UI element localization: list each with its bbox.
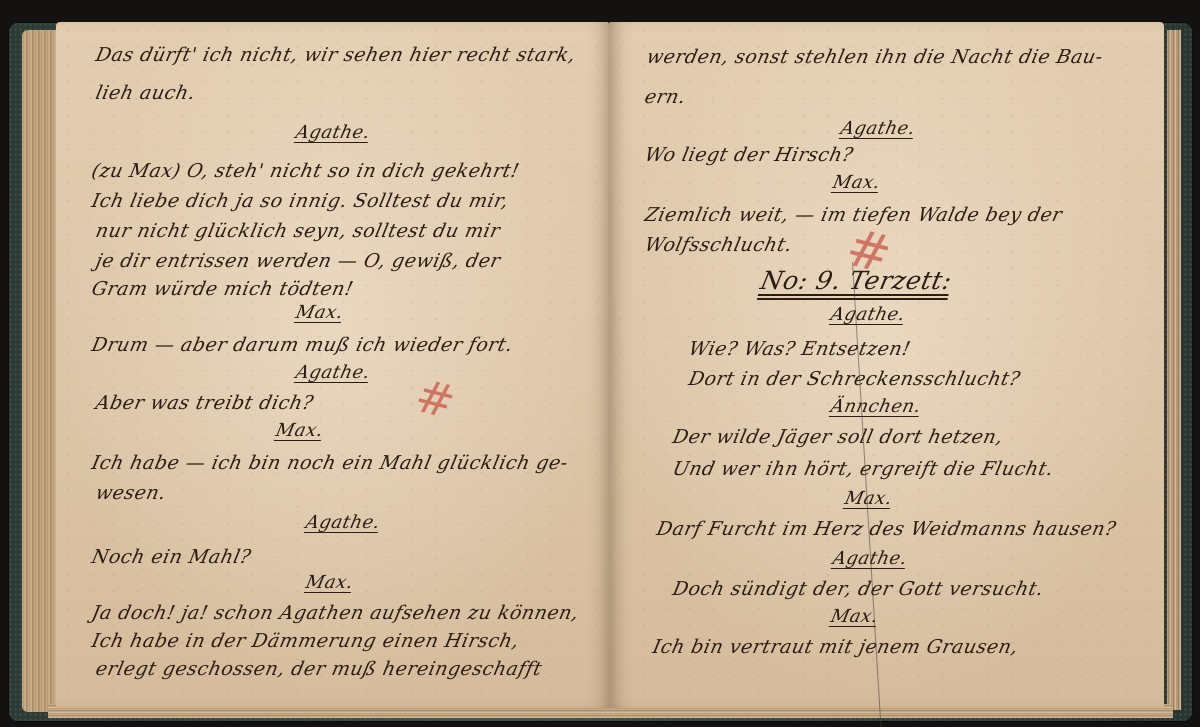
left-page-text: Das dürft' ich nicht, wir sehen hier rec…: [56, 22, 609, 708]
text-line: Ich habe — ich bin noch ein Mahl glückli…: [90, 452, 571, 474]
speaker-label: Max.: [294, 302, 346, 323]
text-line: Gram würde mich tödten!: [90, 278, 356, 300]
text-line: Doch sündigt der, der Gott versucht.: [671, 578, 1046, 600]
text-line: werden, sonst stehlen ihn die Nacht die …: [645, 46, 1105, 68]
speaker-label: Agathe.: [829, 304, 907, 325]
text-line: Der wilde Jäger soll dort hetzen,: [671, 426, 1006, 448]
text-line: Ich bin vertraut mit jenem Grausen,: [651, 636, 1021, 658]
text-line: Und wer ihn hört, ergreift die Flucht.: [671, 458, 1056, 480]
text-line: ern.: [643, 86, 688, 108]
right-page-text: werden, sonst stehlen ihn die Nacht die …: [609, 22, 1164, 708]
speaker-label: Max.: [274, 420, 326, 441]
text-line: Ich habe in der Dämmerung einen Hirsch,: [90, 630, 522, 652]
page-edges-right: [1167, 30, 1181, 710]
text-line: Wo liegt der Hirsch?: [643, 144, 856, 166]
text-line: nur nicht glücklich seyn, solltest du mi…: [94, 220, 503, 242]
speaker-label: Ännchen.: [829, 396, 923, 417]
open-book: Das dürft' ich nicht, wir sehen hier rec…: [8, 22, 1193, 722]
speaker-label: Max.: [831, 172, 883, 193]
speaker-label: Agathe.: [839, 118, 917, 139]
right-page: werden, sonst stehlen ihn die Nacht die …: [609, 22, 1164, 708]
text-line: Ich liebe dich ja so innig. Solltest du …: [90, 190, 511, 212]
text-line: Aber was treibt dich?: [94, 392, 316, 414]
speaker-label: Max.: [304, 572, 356, 593]
text-line: Ja doch! ja! schon Agathen aufsehen zu k…: [90, 602, 581, 624]
text-line: Wolfsschlucht.: [643, 234, 795, 256]
speaker-label: Agathe.: [294, 122, 372, 143]
text-line: Das dürft' ich nicht, wir sehen hier rec…: [94, 44, 578, 66]
text-line: Wie? Was? Entsetzen!: [687, 338, 913, 360]
text-line: Darf Furcht im Herz des Weidmanns hausen…: [655, 518, 1119, 540]
text-line: wesen.: [94, 482, 168, 504]
text-line: Drum — aber darum muß ich wieder fort.: [90, 334, 515, 356]
speaker-label: Max.: [843, 488, 895, 509]
text-line: je dir entrissen werden — O, gewiß, der: [94, 250, 503, 272]
text-line: Noch ein Mahl?: [90, 546, 254, 568]
speaker-label: Agathe.: [304, 512, 382, 533]
text-line: erlegt geschossen, der muß hereingeschaf…: [94, 658, 544, 680]
red-crayon-mark: #: [410, 368, 461, 430]
text-line: (zu Max) O, steh' nicht so in dich gekeh…: [90, 160, 522, 182]
text-line: lieh auch.: [94, 82, 198, 104]
text-line: Dort in der Schreckensschlucht?: [687, 368, 1023, 390]
speaker-label: Agathe.: [294, 362, 372, 383]
left-page: Das dürft' ich nicht, wir sehen hier rec…: [56, 22, 609, 708]
